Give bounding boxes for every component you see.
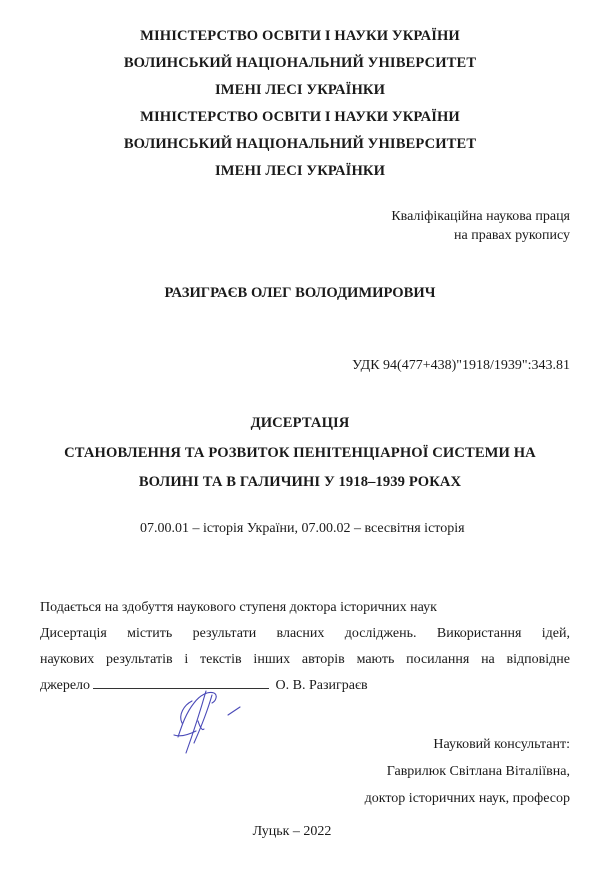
handwritten-signature-icon <box>168 685 258 755</box>
signature-line: джерело О. В. Разиграєв <box>40 673 570 699</box>
consultant-title: доктор історичних наук, професор <box>365 790 570 808</box>
author-name: РАЗИГРАЄВ ОЛЕГ ВОЛОДИМИРОВИЧ <box>0 284 600 302</box>
statement-line2: наукових результатів і текстів інших авт… <box>40 647 570 673</box>
header-university: ВОЛИНСЬКИЙ НАЦІОНАЛЬНИЙ УНІВЕРСИТЕТ <box>0 54 600 72</box>
header-university-repeat: ВОЛИНСЬКИЙ НАЦІОНАЛЬНИЙ УНІВЕРСИТЕТ <box>0 135 600 153</box>
document-page: МІНІСТЕРСТВО ОСВІТИ І НАУКИ УКРАЇНИ ВОЛИ… <box>0 0 600 870</box>
degree-line: Подається на здобуття наукового ступеня … <box>40 595 570 621</box>
header-university-name: ІМЕНІ ЛЕСІ УКРАЇНКИ <box>0 81 600 99</box>
dissertation-title-line1: СТАНОВЛЕННЯ ТА РОЗВИТОК ПЕНІТЕНЦІАРНОЇ С… <box>0 444 600 462</box>
header-ministry: МІНІСТЕРСТВО ОСВІТИ І НАУКИ УКРАЇНИ <box>0 27 600 45</box>
header-university-name-repeat: ІМЕНІ ЛЕСІ УКРАЇНКИ <box>0 162 600 180</box>
specialty-codes: 07.00.01 – історія України, 07.00.02 – в… <box>140 520 465 538</box>
consultant-label: Науковий консультант: <box>433 736 570 754</box>
qualification-note: Кваліфікаційна наукова праця <box>391 208 570 226</box>
source-word: джерело <box>40 678 90 693</box>
document-type: ДИСЕРТАЦІЯ <box>0 414 600 432</box>
manuscript-rights-note: на правах рукопису <box>454 227 570 245</box>
submission-statement: Подається на здобуття наукового ступеня … <box>40 595 570 699</box>
place-and-year: Луцьк – 2022 <box>0 823 592 841</box>
dissertation-title-line2: ВОЛИНІ ТА В ГАЛИЧИНІ У 1918–1939 РОКАХ <box>0 473 600 491</box>
statement-line1: Дисертація містить результати власних до… <box>40 621 570 647</box>
header-ministry-repeat: МІНІСТЕРСТВО ОСВІТИ І НАУКИ УКРАЇНИ <box>0 108 600 126</box>
signer-name: О. В. Разиграєв <box>276 678 368 693</box>
consultant-name: Гаврилюк Світлана Віталіївна, <box>387 763 570 781</box>
udc-code: УДК 94(477+438)"1918/1939":343.81 <box>352 357 570 375</box>
